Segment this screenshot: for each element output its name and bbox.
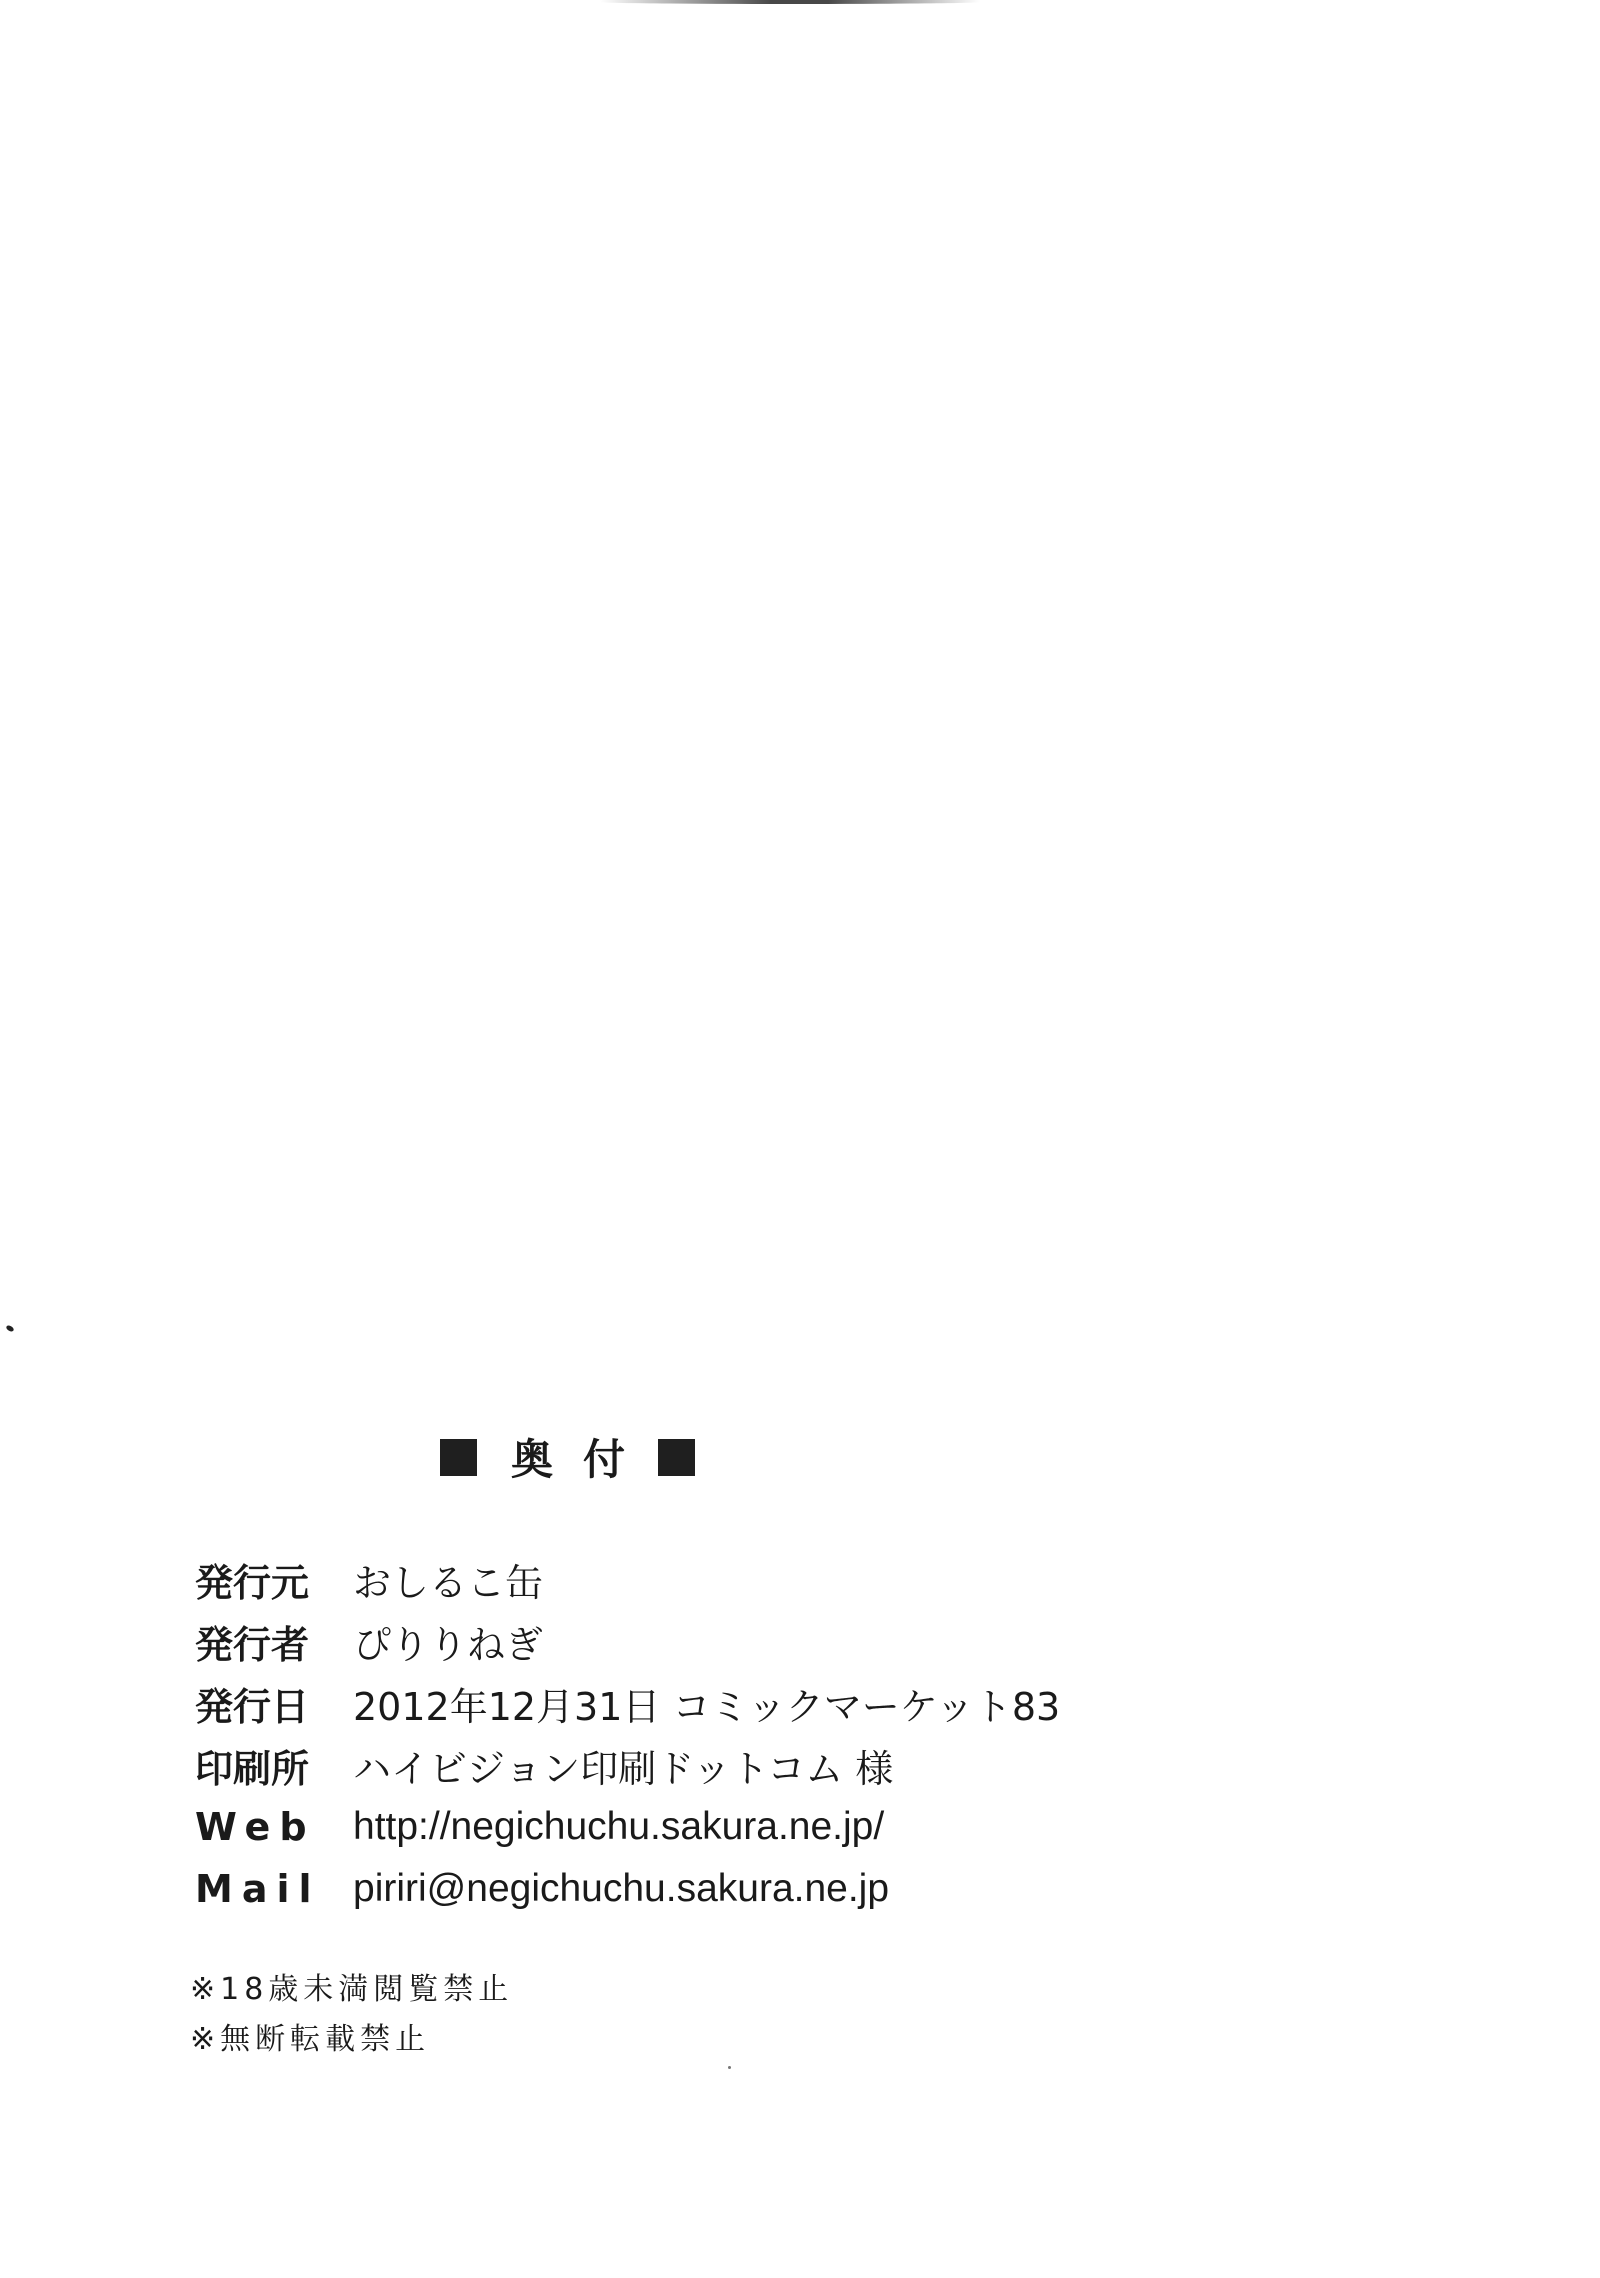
row-value: おしるこ缶 (353, 1552, 543, 1607)
row-printer: 印刷所 ハイビジョン印刷ドットコム 様 (195, 1734, 1060, 1796)
colophon-title: 奥付 (440, 1434, 695, 1480)
row-issuer: 発行者 ぴりりねぎ (195, 1610, 1060, 1672)
row-label: 印刷所 (195, 1738, 353, 1793)
note-age-restriction: ※18歳未満閲覧禁止 (190, 1965, 513, 2015)
row-label: 発行者 (195, 1614, 353, 1669)
row-label: 発行日 (195, 1676, 353, 1731)
page-edge-shadow (600, 0, 980, 4)
row-value: ハイビジョン印刷ドットコム 様 (353, 1738, 893, 1793)
colophon-title-text: 奥付 (511, 1427, 655, 1487)
row-label: Web (195, 1805, 353, 1849)
scan-speck (5, 1324, 14, 1332)
web-url: http://negichuchu.sakura.ne.jp/ (353, 1805, 884, 1849)
scan-dot (728, 2066, 731, 2069)
row-mail: Mail piriri@negichuchu.sakura.ne.jp (195, 1858, 1060, 1920)
row-issue-date: 発行日 2012年12月31日 コミックマーケット83 (195, 1672, 1060, 1734)
row-value: 2012年12月31日 コミックマーケット83 (353, 1676, 1060, 1731)
row-label: 発行元 (195, 1552, 353, 1607)
notes: ※18歳未満閲覧禁止 ※無断転載禁止 (190, 1965, 513, 2065)
note-no-reproduction: ※無断転載禁止 (190, 2015, 513, 2065)
square-bullet-icon (658, 1439, 695, 1476)
email-address: piriri@negichuchu.sakura.ne.jp (353, 1867, 889, 1911)
square-bullet-icon (440, 1439, 477, 1476)
colophon-table: 発行元 おしるこ缶 発行者 ぴりりねぎ 発行日 2012年12月31日 コミック… (195, 1548, 1060, 1920)
row-web: Web http://negichuchu.sakura.ne.jp/ (195, 1796, 1060, 1858)
row-publisher: 発行元 おしるこ缶 (195, 1548, 1060, 1610)
row-value: ぴりりねぎ (353, 1614, 543, 1669)
row-label: Mail (195, 1867, 353, 1911)
